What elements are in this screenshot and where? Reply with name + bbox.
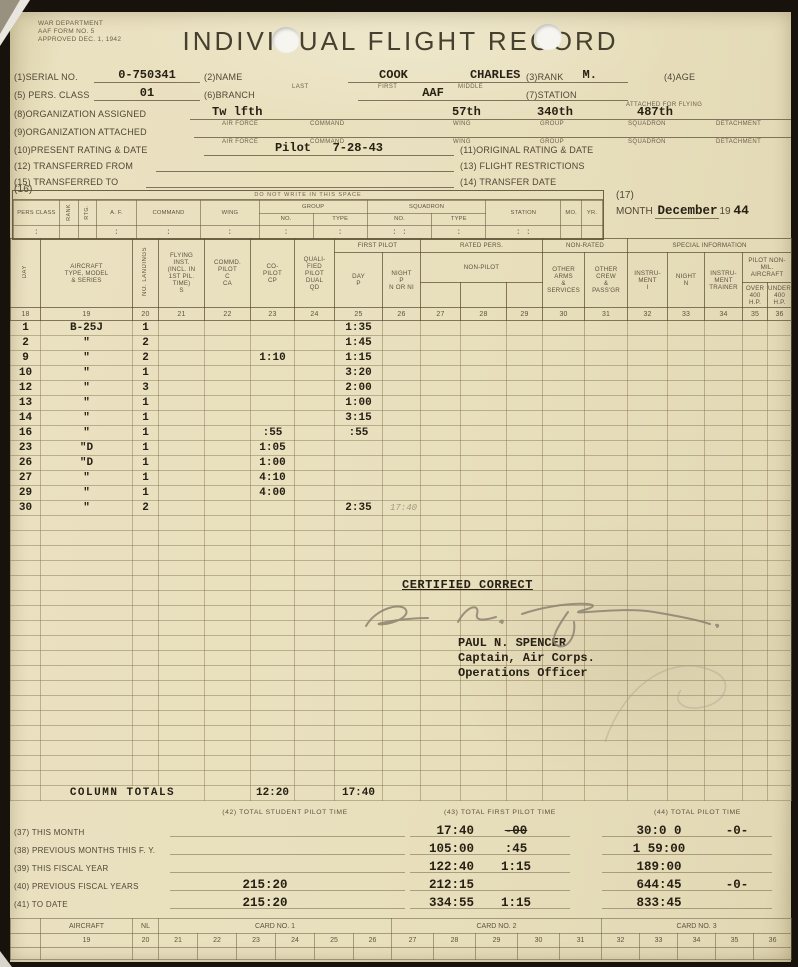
card-col-19: 19: [41, 934, 133, 948]
header-nonpilot-sub3: [507, 283, 543, 308]
cell-29: [507, 396, 543, 411]
sec16-sub-9: TYPE: [432, 213, 486, 226]
flight-row-empty: [11, 546, 792, 561]
cell-18: 16: [11, 426, 41, 441]
cell-31: [585, 456, 628, 471]
punch-hole-right: [534, 24, 562, 50]
card-col-25: 25: [315, 934, 354, 948]
col-number-34: 34: [705, 308, 743, 321]
cell-19: ": [41, 411, 133, 426]
card-col-21: 21: [159, 934, 198, 948]
cell-31: [585, 411, 628, 426]
cell-36: [768, 321, 792, 336]
col-number-29: 29: [507, 308, 543, 321]
cell-30: [543, 456, 585, 471]
flight-row-day-27: 27"14:10: [11, 471, 792, 486]
cell-36: [768, 471, 792, 486]
cell-26: [383, 486, 421, 501]
cell-19: ": [41, 396, 133, 411]
cell-29: [507, 321, 543, 336]
section17-label: (17): [616, 190, 788, 201]
cell-30: [543, 381, 585, 396]
org-attached-label: (9)ORGANIZATION ATTACHED: [14, 127, 147, 137]
card-numbers-row: 192021222324252627282930313233343536: [11, 934, 792, 948]
cell-22: [205, 381, 251, 396]
col-number-30: 30: [543, 308, 585, 321]
present-rating-field: Pilot 7-28-43: [204, 142, 454, 156]
total-cell: [383, 786, 421, 801]
total-cell: [295, 786, 335, 801]
cell-22: [205, 351, 251, 366]
cell-20: 2: [133, 501, 159, 516]
col-number-25: 25: [335, 308, 383, 321]
cell-27: [421, 501, 461, 516]
cell-30: [543, 441, 585, 456]
summary-row-38: (38) PREVIOUS MONTHS THIS F. Y.105:00:45…: [10, 839, 791, 857]
cell-35: [743, 396, 768, 411]
cell-19: ": [41, 336, 133, 351]
flight-row-day-13: 13"11:00: [11, 396, 792, 411]
cell-25: 2:00: [335, 381, 383, 396]
first-pilot-time-2: 1:15: [488, 860, 544, 874]
cell-26: [383, 336, 421, 351]
total-cell: 17:40: [335, 786, 383, 801]
cell-23: [251, 501, 295, 516]
cell-30: [543, 471, 585, 486]
total-cell: [461, 786, 507, 801]
do-not-write-notice: DO NOT WRITE IN THIS SPACE: [13, 191, 603, 200]
header-pilot-nonmil: PILOT NON-MIL. AIRCRAFT: [743, 253, 792, 283]
cell-30: [543, 501, 585, 516]
cell-25: [335, 486, 383, 501]
header-trainer: INSTRU- MENT TRAINER: [705, 253, 743, 308]
cell-33: [668, 501, 705, 516]
cell-35: [743, 456, 768, 471]
branch-value: AAF: [422, 87, 444, 100]
student-pilot-time: 215:20: [225, 878, 305, 892]
first-pilot-time-2: -00: [488, 824, 544, 838]
column-totals-row: COLUMN TOTALS12:2017:40: [11, 786, 792, 801]
header-non-pilot: NON-PILOT: [421, 253, 543, 283]
sec16-mark-7: :: [313, 226, 367, 239]
cell-31: [585, 336, 628, 351]
header-nonpilot-sub1: [421, 283, 461, 308]
cell-19: ": [41, 426, 133, 441]
col-number-27: 27: [421, 308, 461, 321]
flight-row-day-1: 1B-25J11:35: [11, 321, 792, 336]
sec16-col-1: RANK: [59, 201, 78, 226]
cell-35: [743, 381, 768, 396]
cell-18: 23: [11, 441, 41, 456]
cell-18: 27: [11, 471, 41, 486]
cell-36: [768, 456, 792, 471]
flight-row-day-16: 16"1:55:55: [11, 426, 792, 441]
card-col-22: 22: [198, 934, 237, 948]
cell-21: [159, 411, 205, 426]
org-squadron-value: 487th: [637, 106, 673, 119]
cell-23: [251, 366, 295, 381]
cell-26: [383, 411, 421, 426]
cell-21: [159, 486, 205, 501]
header-instrument: INSTRU- MENT I: [628, 253, 668, 308]
name-first: CHARLES: [470, 69, 520, 82]
summary-label: (37) THIS MONTH: [14, 828, 85, 837]
header-other-crew: OTHER CREW & PASS'GR: [585, 253, 628, 308]
cell-18: 29: [11, 486, 41, 501]
header-qualified: QUALI- FIED PILOT DUAL QD: [295, 239, 335, 308]
header-first-pilot: FIRST PILOT: [335, 239, 421, 253]
transferred-from-field: [156, 158, 454, 172]
total-pilot-time: 833:45: [616, 896, 702, 910]
first-pilot-time: 17:40: [402, 824, 474, 838]
card-col-36: 36: [754, 934, 792, 948]
cell-34: [705, 396, 743, 411]
total-cell: [11, 786, 41, 801]
col-number-20: 20: [133, 308, 159, 321]
signer-rank: Captain, Air Corps.: [458, 651, 762, 666]
cell-21: [159, 396, 205, 411]
first-pilot-time-2: 1:15: [488, 896, 544, 910]
sec16-group-header: GROUP: [259, 201, 367, 214]
cell-27: [421, 471, 461, 486]
card-empty-corner: [11, 948, 41, 960]
cell-30: [543, 321, 585, 336]
cell-28: [461, 471, 507, 486]
col-number-19: 19: [41, 308, 133, 321]
col-number-21: 21: [159, 308, 205, 321]
header-special-info: SPECIAL INFORMATION: [628, 239, 792, 253]
year-value: 44: [733, 203, 749, 218]
cell-27: [421, 381, 461, 396]
cell-19: ": [41, 501, 133, 516]
cell-36: [768, 381, 792, 396]
cell-20: 2: [133, 336, 159, 351]
cell-23: 1:00: [251, 456, 295, 471]
total-cell: [543, 786, 585, 801]
org-wing-value: 57th: [452, 106, 481, 119]
original-rating-label: (11)ORIGINAL RATING & DATE: [460, 145, 593, 155]
sec16-mark-11: [561, 226, 582, 239]
cell-22: [205, 501, 251, 516]
card-col-20: 20: [133, 934, 159, 948]
total-pilot-label: (44) TOTAL PILOT TIME: [610, 809, 785, 816]
certified-correct-text: CERTIFIED CORRECT: [402, 578, 762, 592]
card-corner-cell: [11, 919, 41, 934]
cell-24: [295, 486, 335, 501]
cell-27: [421, 366, 461, 381]
cell-36: [768, 411, 792, 426]
cell-27: [421, 351, 461, 366]
cell-26: [383, 366, 421, 381]
cell-25: [335, 456, 383, 471]
cell-27: [421, 396, 461, 411]
cell-34: [705, 501, 743, 516]
summary-label: (41) TO DATE: [14, 900, 68, 909]
flight-row-day-2: 2"21:45: [11, 336, 792, 351]
cell-33: [668, 351, 705, 366]
cell-22: [205, 486, 251, 501]
cell-33: [668, 486, 705, 501]
cell-21: [159, 426, 205, 441]
cell-21: [159, 366, 205, 381]
header-landings-text: NO. LANDINGS: [142, 247, 149, 296]
cell-19: B-25J: [41, 321, 133, 336]
cell-26: 17:40: [383, 501, 421, 516]
cell-28: [461, 411, 507, 426]
flight-row-day-23: 23"D11:05: [11, 441, 792, 456]
cell-20: 2: [133, 351, 159, 366]
sec16-mark-4: :: [136, 226, 201, 239]
cell-27: [421, 321, 461, 336]
cell-32: [628, 486, 668, 501]
cell-29: [507, 456, 543, 471]
cell-21: [159, 336, 205, 351]
cell-20: 3: [133, 381, 159, 396]
header-under-400: UNDER 400 H.P.: [768, 283, 792, 308]
cell-24: [295, 426, 335, 441]
cell-23: 1:10: [251, 351, 295, 366]
cell-18: 2: [11, 336, 41, 351]
cell-32: [628, 351, 668, 366]
cell-33: [668, 381, 705, 396]
cell-18: 10: [11, 366, 41, 381]
header-nonpilot-sub2: [461, 283, 507, 308]
card-col-30: 30: [518, 934, 560, 948]
card-header-row: AIRCRAFT NL CARD NO. 1 CARD NO. 2 CARD N…: [11, 919, 792, 934]
first-pilot-time: 105:00: [402, 842, 474, 856]
cell-35: [743, 441, 768, 456]
cell-35: [743, 321, 768, 336]
cell-20: 1: [133, 321, 159, 336]
flight-row-day-30: 30"22:3517:40: [11, 501, 792, 516]
first-pilot-time: 334:55: [402, 896, 474, 910]
header-night-p: NIGHT P N OR NI: [383, 253, 421, 308]
cell-34: [705, 426, 743, 441]
cell-30: [543, 396, 585, 411]
total-cell: [768, 786, 792, 801]
cell-33: [668, 471, 705, 486]
cell-20: 1: [133, 426, 159, 441]
cell-23: [251, 381, 295, 396]
header-flying-inst: FLYING INST. (INCL. IN 1ST PIL. TIME) S: [159, 239, 205, 308]
field-row-1: (1)SERIAL NO. 0-750341 (2)NAME COOK CHAR…: [14, 68, 788, 83]
cell-35: [743, 351, 768, 366]
cell-32: [628, 456, 668, 471]
cell-27: [421, 486, 461, 501]
cell-21: [159, 441, 205, 456]
printed-19: 19: [719, 206, 730, 217]
cell-32: [628, 411, 668, 426]
cell-22: [205, 441, 251, 456]
col-number-18: 18: [11, 308, 41, 321]
card-aircraft-header: AIRCRAFT: [41, 919, 133, 934]
summary-leader-line: [170, 854, 405, 855]
total-cell: [743, 786, 768, 801]
serial-label: (1)SERIAL NO.: [14, 72, 78, 82]
header-landings: NO. LANDINGS: [133, 239, 159, 308]
cell-29: [507, 411, 543, 426]
cell-27: [421, 426, 461, 441]
cell-26: [383, 396, 421, 411]
cell-24: [295, 441, 335, 456]
cell-25: 1:15: [335, 351, 383, 366]
cell-29: [507, 336, 543, 351]
cell-35: [743, 486, 768, 501]
card-empty-row: [11, 948, 792, 960]
cell-28: [461, 441, 507, 456]
total-pilot-time-2: -0-: [712, 878, 762, 892]
month-section: (17) MONTH December19 44: [616, 190, 788, 218]
card-col-28: 28: [434, 934, 476, 948]
cell-33: [668, 321, 705, 336]
cell-28: [461, 456, 507, 471]
cell-36: [768, 441, 792, 456]
cell-31: [585, 471, 628, 486]
summary-row-41: (41) TO DATE215:20334:551:15833:45: [10, 893, 791, 911]
col-number-28: 28: [461, 308, 507, 321]
sec16-mark-0: :: [14, 226, 60, 239]
cell-31: [585, 321, 628, 336]
cell-34: [705, 471, 743, 486]
field-row-2: (5) PERS. CLASS 01 (6)BRANCH AAF (7)STAT…: [14, 86, 788, 101]
org-attached-field: [194, 124, 791, 138]
pencil-note: 17:40: [390, 503, 417, 513]
cell-35: [743, 501, 768, 516]
card-table: AIRCRAFT NL CARD NO. 1 CARD NO. 2 CARD N…: [10, 918, 792, 960]
student-pilot-time: 215:20: [225, 896, 305, 910]
cell-31: [585, 366, 628, 381]
month-line: MONTH December19 44: [616, 203, 788, 218]
cell-36: [768, 501, 792, 516]
header-copilot: CO- PILOT CP: [251, 239, 295, 308]
col-number-32: 32: [628, 308, 668, 321]
cell-19: ": [41, 381, 133, 396]
cell-30: [543, 336, 585, 351]
col-number-24: 24: [295, 308, 335, 321]
col-number-33: 33: [668, 308, 705, 321]
sec16-mark-3: :: [97, 226, 137, 239]
cell-31: [585, 426, 628, 441]
cell-31: [585, 381, 628, 396]
sec16-mark-6: :: [259, 226, 313, 239]
flight-row-empty: [11, 771, 792, 786]
header-over-400: OVER 400 H.P.: [743, 283, 768, 308]
cell-28: [461, 426, 507, 441]
serial-field: 0-750341: [94, 69, 200, 83]
cell-36: [768, 396, 792, 411]
org-air-force-value: Tw lfth: [212, 106, 262, 119]
certification-block: CERTIFIED CORRECT PAUL N. SPENCER Captai…: [402, 578, 762, 681]
section16-body: PERS CLASSRANKRTG.A. F.COMMANDWINGGROUPS…: [14, 201, 603, 239]
col-number-35: 35: [743, 308, 768, 321]
first-pilot-time: 212:15: [402, 878, 474, 892]
first-pilot-time: 122:40: [402, 860, 474, 874]
card-col-35: 35: [716, 934, 754, 948]
cell-32: [628, 336, 668, 351]
cell-22: [205, 471, 251, 486]
column-numbers-row: 18192021222324252627282930313233343536: [11, 308, 792, 321]
summary-section: (42) TOTAL STUDENT PILOT TIME (43) TOTAL…: [10, 807, 791, 917]
cell-28: [461, 381, 507, 396]
total-pilot-time: 644:45: [616, 878, 702, 892]
cell-20: 1: [133, 396, 159, 411]
cell-23: 1:05: [251, 441, 295, 456]
cell-19: "D: [41, 456, 133, 471]
cell-27: [421, 336, 461, 351]
card-col-33: 33: [640, 934, 678, 948]
field-row-3: (8)ORGANIZATION ASSIGNED Tw lfth 57th 34…: [14, 105, 788, 120]
cell-30: [543, 366, 585, 381]
sec16-col-11: MO.: [561, 201, 582, 226]
summary-row-40: (40) PREVIOUS FISCAL YEARS215:20212:1564…: [10, 875, 791, 893]
cell-22: [205, 456, 251, 471]
header-non-rated: NON-RATED: [543, 239, 628, 253]
total-cell: [205, 786, 251, 801]
cell-28: [461, 501, 507, 516]
cell-32: [628, 426, 668, 441]
sec16-col-12: YR.: [582, 201, 603, 226]
column-totals-label: COLUMN TOTALS: [41, 786, 205, 801]
cell-35: [743, 366, 768, 381]
cell-30: [543, 486, 585, 501]
cell-19: ": [41, 351, 133, 366]
cell-34: [705, 381, 743, 396]
header-commd-pilot: COMMD. PILOT C CA: [205, 239, 251, 308]
cell-29: [507, 426, 543, 441]
col-number-36: 36: [768, 308, 792, 321]
cell-22: [205, 321, 251, 336]
cell-21: [159, 501, 205, 516]
sec16-col-0: PERS CLASS: [14, 201, 60, 226]
flight-row-day-10: 10"13:20: [11, 366, 792, 381]
corner-tear-shadow: [0, 0, 20, 34]
card-col-24: 24: [276, 934, 315, 948]
cell-28: [461, 351, 507, 366]
cell-25: 3:20: [335, 366, 383, 381]
cell-35: [743, 471, 768, 486]
cell-29: [507, 486, 543, 501]
cell-21: [159, 351, 205, 366]
cell-24: [295, 501, 335, 516]
cell-25: 3:15: [335, 411, 383, 426]
cell-31: [585, 351, 628, 366]
cell-36: [768, 486, 792, 501]
cell-25: [335, 441, 383, 456]
sec16-mark-10: : :: [486, 226, 561, 239]
cell-32: [628, 471, 668, 486]
signature: [362, 592, 722, 650]
cell-33: [668, 456, 705, 471]
cell-36: [768, 351, 792, 366]
sec16-mark-12: [582, 226, 603, 239]
card-col-29: 29: [476, 934, 518, 948]
cell-28: [461, 396, 507, 411]
cell-32: [628, 441, 668, 456]
total-pilot-time: 30:0 0: [616, 824, 702, 838]
card2-header: CARD NO. 2: [392, 919, 602, 934]
cell-18: 14: [11, 411, 41, 426]
cell-33: [668, 426, 705, 441]
cell-19: ": [41, 366, 133, 381]
summary-label: (40) PREVIOUS FISCAL YEARS: [14, 882, 139, 891]
cell-24: [295, 351, 335, 366]
cell-25: 2:35: [335, 501, 383, 516]
cell-20: 1: [133, 411, 159, 426]
cell-23: 4:10: [251, 471, 295, 486]
card1-header: CARD NO. 1: [159, 919, 392, 934]
cell-34: [705, 351, 743, 366]
sec16-mark-2: [78, 226, 97, 239]
